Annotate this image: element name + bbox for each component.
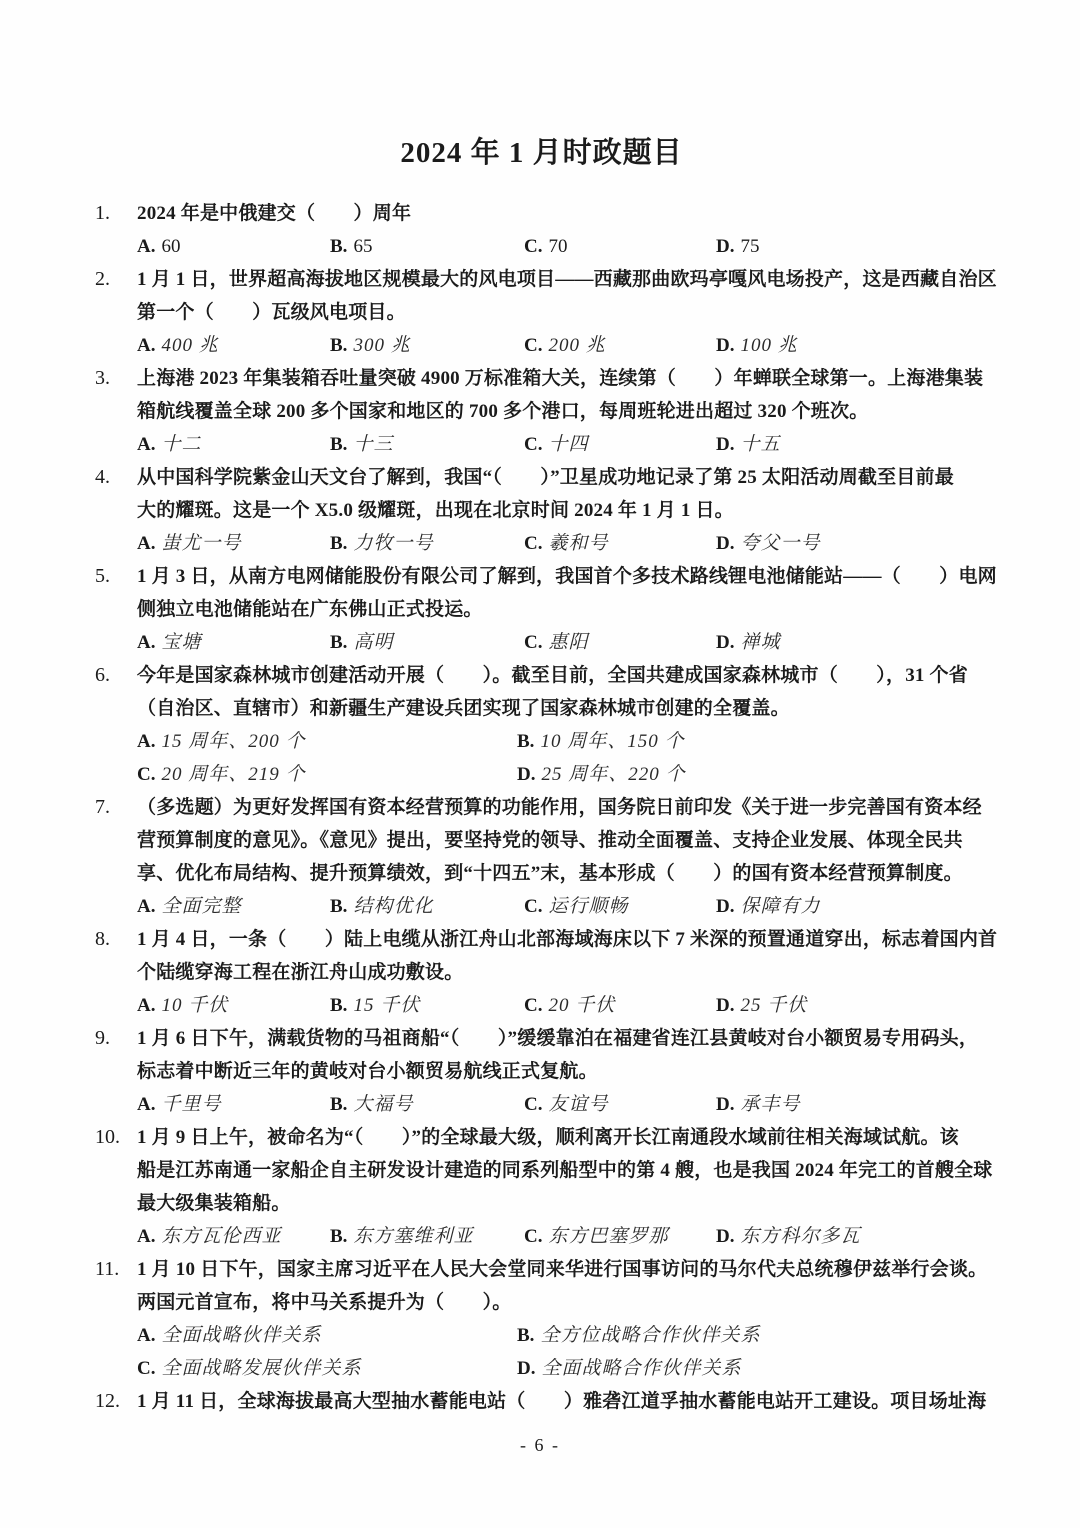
- answer-option: D.100 兆: [716, 329, 988, 362]
- answer-option: D.25 千伏: [716, 989, 988, 1022]
- option-text: 全方位战略合作伙伴关系: [540, 1325, 760, 1346]
- answer-option: B.结构优化: [330, 890, 524, 923]
- option-text: 千里号: [161, 1094, 221, 1115]
- option-letter: D.: [716, 896, 734, 917]
- option-letter: C.: [524, 896, 542, 917]
- option-letter: A.: [137, 335, 155, 356]
- answer-option: C.全面战略发展伙伴关系: [137, 1352, 517, 1385]
- option-text: 大福号: [353, 1094, 413, 1115]
- options-row: C.20 周年、219 个 D.25 周年、220 个: [137, 758, 988, 791]
- question-number: 3.: [95, 362, 135, 395]
- question-body: 1 月 3 日，从南方电网储能股份有限公司了解到，我国首个多技术路线锂电池储能站…: [137, 560, 988, 659]
- option-letter: A.: [137, 896, 155, 917]
- option-text: 70: [548, 236, 567, 257]
- question-body: 1 月 10 日下午，国家主席习近平在人民大会堂同来华进行国事访问的马尔代夫总统…: [137, 1253, 988, 1385]
- option-text: 200 兆: [548, 335, 605, 356]
- question-item: 7. （多选题）为更好发挥国有资本经营预算的功能作用，国务院日前印发《关于进一步…: [95, 791, 988, 923]
- answer-option: D.75: [716, 230, 988, 263]
- option-text: 宝塘: [161, 632, 201, 653]
- option-letter: D.: [716, 1094, 734, 1115]
- question-item: 10. 1 月 9 日上午，被命名为“（ ）”的全球最大级，顺利离开长江南通段水…: [95, 1121, 988, 1253]
- option-text: 20 千伏: [548, 995, 615, 1016]
- question-number: 5.: [95, 560, 135, 593]
- option-text: 高明: [353, 632, 393, 653]
- question-body: 1 月 1 日，世界超高海拔地区规模最大的风电项目——西藏那曲欧玛亭嘎风电场投产…: [137, 263, 988, 362]
- answer-option: B.力牧一号: [330, 527, 524, 560]
- answer-option: C.运行顺畅: [524, 890, 716, 923]
- question-line: 最大级集装箱船。: [137, 1187, 988, 1220]
- option-letter: A.: [137, 1094, 155, 1115]
- answer-option: B.东方塞维利亚: [330, 1220, 524, 1253]
- options-row: C.全面战略发展伙伴关系 D.全面战略合作伙伴关系: [137, 1352, 988, 1385]
- option-letter: A.: [137, 1226, 155, 1247]
- option-text: 东方塞维利亚: [353, 1226, 473, 1247]
- option-letter: D.: [716, 533, 734, 554]
- option-letter: B.: [330, 896, 347, 917]
- answer-option: C.羲和号: [524, 527, 716, 560]
- option-letter: B.: [517, 731, 534, 752]
- option-text: 惠阳: [548, 632, 588, 653]
- option-text: 结构优化: [353, 896, 433, 917]
- option-letter: C.: [524, 434, 542, 455]
- answer-option: A.60: [137, 230, 330, 263]
- option-letter: D.: [517, 764, 535, 785]
- option-text: 10 千伏: [161, 995, 228, 1016]
- question-line: 营预算制度的意见》。《意见》提出，要坚持党的领导、推动全面覆盖、支持企业发展、体…: [137, 824, 988, 857]
- option-text: 60: [161, 236, 180, 257]
- question-line: 1 月 6 日下午，满载货物的马祖商船“（ ）”缓缓靠泊在福建省连江县黄岐对台小…: [137, 1022, 988, 1055]
- option-text: 羲和号: [548, 533, 608, 554]
- option-letter: B.: [330, 533, 347, 554]
- question-body: 1 月 6 日下午，满载货物的马祖商船“（ ）”缓缓靠泊在福建省连江县黄岐对台小…: [137, 1022, 988, 1121]
- option-text: 承丰号: [740, 1094, 800, 1115]
- question-list: 1. 2024 年是中俄建交（ ）周年 A.60 B.65 C.70 D.75 …: [95, 197, 988, 1418]
- question-line: 1 月 11 日，全球海拔最高大型抽水蓄能电站（ ）雅砻江道孚抽水蓄能电站开工建…: [137, 1385, 988, 1418]
- question-item: 4. 从中国科学院紫金山天文台了解到，我国“（ ）”卫星成功地记录了第 25 太…: [95, 461, 988, 560]
- option-letter: C.: [524, 1226, 542, 1247]
- question-number: 1.: [95, 197, 135, 230]
- answer-option: A.400 兆: [137, 329, 330, 362]
- answer-option: A.蚩尤一号: [137, 527, 330, 560]
- option-text: 15 千伏: [353, 995, 420, 1016]
- option-text: 禅城: [740, 632, 780, 653]
- option-letter: C.: [524, 1094, 542, 1115]
- question-line: 上海港 2023 年集装箱吞吐量突破 4900 万标准箱大关，连续第（ ）年蝉联…: [137, 362, 988, 395]
- answer-option: A.千里号: [137, 1088, 330, 1121]
- options-row: A.全面战略伙伴关系 B.全方位战略合作伙伴关系: [137, 1319, 988, 1352]
- option-text: 400 兆: [161, 335, 218, 356]
- question-line: 1 月 3 日，从南方电网储能股份有限公司了解到，我国首个多技术路线锂电池储能站…: [137, 560, 988, 593]
- question-body: 1 月 9 日上午，被命名为“（ ）”的全球最大级，顺利离开长江南通段水域前往相…: [137, 1121, 988, 1253]
- option-text: 十三: [353, 434, 393, 455]
- question-line: 1 月 4 日，一条（ ）陆上电缆从浙江舟山北部海域海床以下 7 米深的预置通道…: [137, 923, 988, 956]
- answer-option: B.65: [330, 230, 524, 263]
- question-line: 第一个（ ）瓦级风电项目。: [137, 296, 988, 329]
- answer-option: B.大福号: [330, 1088, 524, 1121]
- question-body: 今年是国家森林城市创建活动开展（ ）。截至目前，全国共建成国家森林城市（ ），3…: [137, 659, 988, 791]
- option-text: 75: [740, 236, 759, 257]
- option-letter: C.: [524, 236, 542, 257]
- question-number: 6.: [95, 659, 135, 692]
- answer-option: C.200 兆: [524, 329, 716, 362]
- option-text: 10 周年、150 个: [540, 731, 684, 752]
- question-line: 船是江苏南通一家船企自主研发设计建造的同系列船型中的第 4 艘，也是我国 202…: [137, 1154, 988, 1187]
- option-text: 全面战略伙伴关系: [161, 1325, 321, 1346]
- option-letter: B.: [517, 1325, 534, 1346]
- option-text: 300 兆: [353, 335, 410, 356]
- option-letter: D.: [716, 434, 734, 455]
- option-text: 全面完整: [161, 896, 241, 917]
- option-text: 全面战略合作伙伴关系: [541, 1358, 741, 1379]
- option-letter: A.: [137, 236, 155, 257]
- option-text: 保障有力: [740, 896, 820, 917]
- option-text: 运行顺畅: [548, 896, 628, 917]
- option-letter: D.: [716, 995, 734, 1016]
- question-line: 侧独立电池储能站在广东佛山正式投运。: [137, 593, 988, 626]
- question-line: 标志着中断近三年的黄岐对台小额贸易航线正式复航。: [137, 1055, 988, 1088]
- question-item: 11. 1 月 10 日下午，国家主席习近平在人民大会堂同来华进行国事访问的马尔…: [95, 1253, 988, 1385]
- answer-option: D.25 周年、220 个: [517, 758, 988, 791]
- answer-option: A.全面战略伙伴关系: [137, 1319, 517, 1352]
- option-text: 十五: [740, 434, 780, 455]
- option-text: 力牧一号: [353, 533, 433, 554]
- options-row: A.15 周年、200 个 B.10 周年、150 个: [137, 725, 988, 758]
- options-row: A.千里号 B.大福号 C.友谊号 D.承丰号: [137, 1088, 988, 1121]
- option-letter: A.: [137, 1325, 155, 1346]
- option-text: 25 千伏: [740, 995, 807, 1016]
- answer-option: B.15 千伏: [330, 989, 524, 1022]
- option-letter: A.: [137, 533, 155, 554]
- answer-option: D.夸父一号: [716, 527, 988, 560]
- option-letter: B.: [330, 434, 347, 455]
- answer-option: C.东方巴塞罗那: [524, 1220, 716, 1253]
- answer-option: D.承丰号: [716, 1088, 988, 1121]
- option-letter: C.: [137, 1358, 155, 1379]
- document-title: 2024 年 1 月时政题目: [95, 0, 988, 175]
- option-text: 十四: [548, 434, 588, 455]
- question-line: （多选题）为更好发挥国有资本经营预算的功能作用，国务院日前印发《关于进一步完善国…: [137, 791, 988, 824]
- options-row: A.宝塘 B.高明 C.惠阳 D.禅城: [137, 626, 988, 659]
- option-letter: C.: [524, 335, 542, 356]
- answer-option: B.十三: [330, 428, 524, 461]
- answer-option: B.300 兆: [330, 329, 524, 362]
- question-item: 3. 上海港 2023 年集装箱吞吐量突破 4900 万标准箱大关，连续第（ ）…: [95, 362, 988, 461]
- question-number: 8.: [95, 923, 135, 956]
- question-number: 12.: [95, 1385, 135, 1418]
- option-text: 20 周年、219 个: [161, 764, 305, 785]
- question-line: 1 月 9 日上午，被命名为“（ ）”的全球最大级，顺利离开长江南通段水域前往相…: [137, 1121, 988, 1154]
- option-letter: D.: [716, 236, 734, 257]
- page-number: - 6 -: [0, 1435, 1080, 1456]
- answer-option: D.全面战略合作伙伴关系: [517, 1352, 988, 1385]
- option-letter: B.: [330, 335, 347, 356]
- question-number: 2.: [95, 263, 135, 296]
- option-letter: C.: [524, 995, 542, 1016]
- question-line: 大的耀斑。这是一个 X5.0 级耀斑，出现在北京时间 2024 年 1 月 1 …: [137, 494, 988, 527]
- answer-option: D.禅城: [716, 626, 988, 659]
- question-item: 12. 1 月 11 日，全球海拔最高大型抽水蓄能电站（ ）雅砻江道孚抽水蓄能电…: [95, 1385, 988, 1418]
- options-row: A.十二 B.十三 C.十四 D.十五: [137, 428, 988, 461]
- option-letter: A.: [137, 632, 155, 653]
- answer-option: C.惠阳: [524, 626, 716, 659]
- answer-option: B.全方位战略合作伙伴关系: [517, 1319, 988, 1352]
- option-letter: C.: [524, 632, 542, 653]
- question-item: 2. 1 月 1 日，世界超高海拔地区规模最大的风电项目——西藏那曲欧玛亭嘎风电…: [95, 263, 988, 362]
- question-line: 享、优化布局结构、提升预算绩效，到“十四五”末，基本形成（ ）的国有资本经营预算…: [137, 857, 988, 890]
- question-number: 11.: [95, 1253, 135, 1286]
- question-body: 1 月 4 日，一条（ ）陆上电缆从浙江舟山北部海域海床以下 7 米深的预置通道…: [137, 923, 988, 1022]
- option-letter: B.: [330, 995, 347, 1016]
- options-row: A.全面完整 B.结构优化 C.运行顺畅 D.保障有力: [137, 890, 988, 923]
- question-line: 今年是国家森林城市创建活动开展（ ）。截至目前，全国共建成国家森林城市（ ），3…: [137, 659, 988, 692]
- option-letter: A.: [137, 731, 155, 752]
- question-number: 10.: [95, 1121, 135, 1154]
- options-row: A.10 千伏 B.15 千伏 C.20 千伏 D.25 千伏: [137, 989, 988, 1022]
- question-item: 9. 1 月 6 日下午，满载货物的马祖商船“（ ）”缓缓靠泊在福建省连江县黄岐…: [95, 1022, 988, 1121]
- question-body: 从中国科学院紫金山天文台了解到，我国“（ ）”卫星成功地记录了第 25 太阳活动…: [137, 461, 988, 560]
- answer-option: B.高明: [330, 626, 524, 659]
- question-body: 1 月 11 日，全球海拔最高大型抽水蓄能电站（ ）雅砻江道孚抽水蓄能电站开工建…: [137, 1385, 988, 1418]
- question-line: 1 月 10 日下午，国家主席习近平在人民大会堂同来华进行国事访问的马尔代夫总统…: [137, 1253, 988, 1286]
- question-item: 1. 2024 年是中俄建交（ ）周年 A.60 B.65 C.70 D.75: [95, 197, 988, 263]
- answer-option: A.10 千伏: [137, 989, 330, 1022]
- question-line: 从中国科学院紫金山天文台了解到，我国“（ ）”卫星成功地记录了第 25 太阳活动…: [137, 461, 988, 494]
- answer-option: B.10 周年、150 个: [517, 725, 988, 758]
- option-text: 友谊号: [548, 1094, 608, 1115]
- option-letter: A.: [137, 434, 155, 455]
- answer-option: A.宝塘: [137, 626, 330, 659]
- answer-option: C.十四: [524, 428, 716, 461]
- answer-option: A.十二: [137, 428, 330, 461]
- option-letter: B.: [330, 632, 347, 653]
- answer-option: D.十五: [716, 428, 988, 461]
- option-letter: C.: [524, 533, 542, 554]
- option-letter: B.: [330, 236, 347, 257]
- question-line: （自治区、直辖市）和新疆生产建设兵团实现了国家森林城市创建的全覆盖。: [137, 692, 988, 725]
- question-body: 上海港 2023 年集装箱吞吐量突破 4900 万标准箱大关，连续第（ ）年蝉联…: [137, 362, 988, 461]
- option-letter: C.: [137, 764, 155, 785]
- option-text: 东方瓦伦西亚: [161, 1226, 281, 1247]
- option-text: 东方巴塞罗那: [548, 1226, 668, 1247]
- answer-option: A.东方瓦伦西亚: [137, 1220, 330, 1253]
- option-text: 全面战略发展伙伴关系: [161, 1358, 361, 1379]
- answer-option: D.东方科尔多瓦: [716, 1220, 988, 1253]
- option-letter: B.: [330, 1226, 347, 1247]
- option-letter: D.: [716, 335, 734, 356]
- options-row: A.东方瓦伦西亚 B.东方塞维利亚 C.东方巴塞罗那 D.东方科尔多瓦: [137, 1220, 988, 1253]
- question-item: 5. 1 月 3 日，从南方电网储能股份有限公司了解到，我国首个多技术路线锂电池…: [95, 560, 988, 659]
- question-body: 2024 年是中俄建交（ ）周年 A.60 B.65 C.70 D.75: [137, 197, 988, 263]
- option-text: 东方科尔多瓦: [740, 1226, 860, 1247]
- answer-option: C.友谊号: [524, 1088, 716, 1121]
- option-letter: A.: [137, 995, 155, 1016]
- option-text: 65: [353, 236, 372, 257]
- option-text: 蚩尤一号: [161, 533, 241, 554]
- option-text: 15 周年、200 个: [161, 731, 305, 752]
- answer-option: C.70: [524, 230, 716, 263]
- answer-option: C.20 周年、219 个: [137, 758, 517, 791]
- question-number: 7.: [95, 791, 135, 824]
- answer-option: D.保障有力: [716, 890, 988, 923]
- question-line: 1 月 1 日，世界超高海拔地区规模最大的风电项目——西藏那曲欧玛亭嘎风电场投产…: [137, 263, 988, 296]
- question-line: 箱航线覆盖全球 200 多个国家和地区的 700 多个港口，每周班轮进出超过 3…: [137, 395, 988, 428]
- option-text: 十二: [161, 434, 201, 455]
- option-text: 25 周年、220 个: [541, 764, 685, 785]
- option-text: 夸父一号: [740, 533, 820, 554]
- option-letter: D.: [716, 1226, 734, 1247]
- question-line: 2024 年是中俄建交（ ）周年: [137, 197, 988, 230]
- exam-page: 2024 年 1 月时政题目 1. 2024 年是中俄建交（ ）周年 A.60 …: [0, 0, 1080, 1528]
- question-item: 6. 今年是国家森林城市创建活动开展（ ）。截至目前，全国共建成国家森林城市（ …: [95, 659, 988, 791]
- options-row: A.60 B.65 C.70 D.75: [137, 230, 988, 263]
- answer-option: C.20 千伏: [524, 989, 716, 1022]
- option-letter: D.: [716, 632, 734, 653]
- question-number: 4.: [95, 461, 135, 494]
- answer-option: A.15 周年、200 个: [137, 725, 517, 758]
- question-line: 个陆缆穿海工程在浙江舟山成功敷设。: [137, 956, 988, 989]
- options-row: A.400 兆 B.300 兆 C.200 兆 D.100 兆: [137, 329, 988, 362]
- options-row: A.蚩尤一号 B.力牧一号 C.羲和号 D.夸父一号: [137, 527, 988, 560]
- answer-option: A.全面完整: [137, 890, 330, 923]
- option-letter: B.: [330, 1094, 347, 1115]
- option-text: 100 兆: [740, 335, 797, 356]
- question-line: 两国元首宣布，将中马关系提升为（ ）。: [137, 1286, 988, 1319]
- question-body: （多选题）为更好发挥国有资本经营预算的功能作用，国务院日前印发《关于进一步完善国…: [137, 791, 988, 923]
- question-number: 9.: [95, 1022, 135, 1055]
- option-letter: D.: [517, 1358, 535, 1379]
- question-item: 8. 1 月 4 日，一条（ ）陆上电缆从浙江舟山北部海域海床以下 7 米深的预…: [95, 923, 988, 1022]
